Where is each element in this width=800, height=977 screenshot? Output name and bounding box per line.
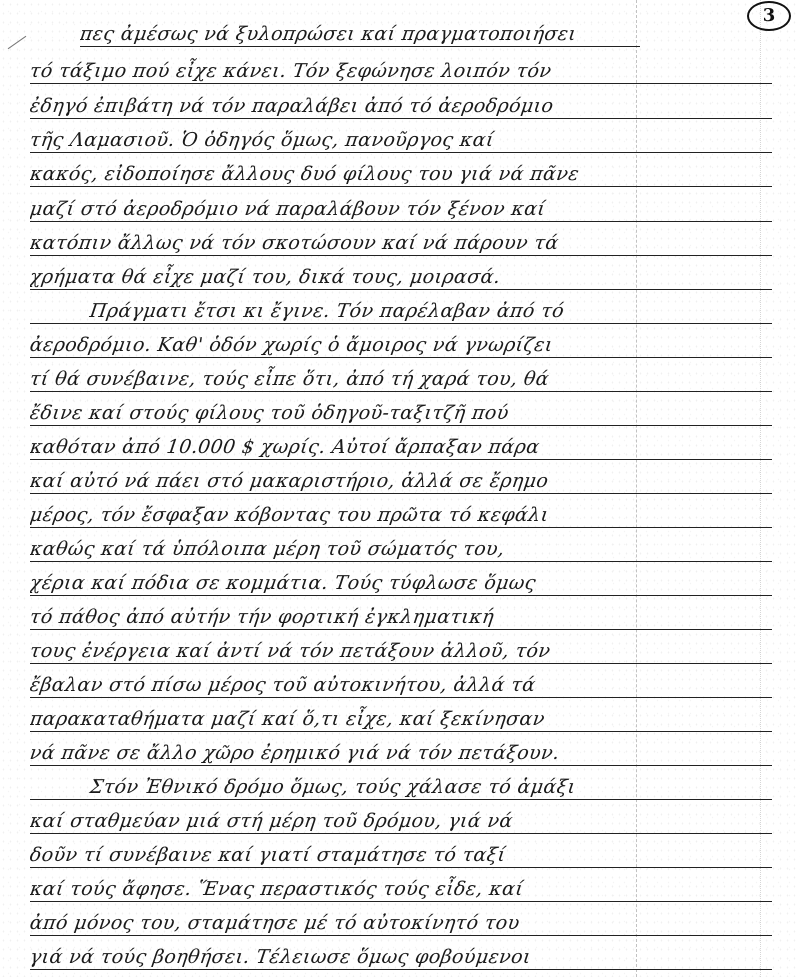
text-line: δοῦν τί συνέβαινε καί γιατί σταμάτησε τό…: [30, 831, 772, 868]
text-line: καθόταν ἀπό 10.000 $ χωρίς. Αὐτοί ἄρπαξα…: [30, 423, 772, 460]
text-line: ἐδηγό ἐπιβάτη νά τόν παραλάβει ἀπό τό ἀε…: [30, 82, 772, 119]
line-text: τό πάθος ἀπό αὐτήν τήν φορτική ἐγκληματι…: [30, 606, 496, 628]
line-text: καί σταθμεύαν μιά στή μέρη τοῦ δρόμου, γ…: [30, 810, 514, 832]
line-text: τους ἐνέργεια καί ἀντί νά τόν πετάξουν ἀ…: [30, 640, 552, 662]
text-line: ἀπό μόνος του, σταμάτησε μέ τό αὐτοκίνητ…: [30, 899, 772, 936]
text-line: χέρια καί πόδια σε κομμάτια. Τούς τύφλωσ…: [30, 559, 772, 596]
text-line: καί αὐτό νά πάει στό μακαριστήριο, ἀλλά …: [30, 457, 772, 494]
text-line: τό τάξιμο πού εἶχε κάνει. Τόν ξεφώνησε λ…: [30, 47, 772, 84]
line-text: τῆς Λαμασιοῦ. Ὁ ὁδηγός ὅμως, πανοῦργος κ…: [30, 129, 495, 151]
line-text: πες ἀμέσως νά ξυλοπρώσει καί πραγματοποι…: [80, 23, 578, 45]
line-text: κακός, εἰδοποίησε ἄλλους δυό φίλους του …: [30, 163, 581, 185]
text-line: Στόν Ἐθνικό δρόμο ὅμως, τούς χάλασε τό ἁ…: [30, 763, 772, 800]
line-text: χρήματα θά εἶχε μαζί του, δικά τους, μοι…: [30, 266, 502, 288]
text-line: μέρος, τόν ἔσφαξαν κόβοντας του πρῶτα τό…: [30, 491, 772, 528]
text-line: Πράγματι ἔτσι κι ἔγινε. Τόν παρέλαβαν ἀπ…: [30, 287, 772, 324]
line-text: χέρια καί πόδια σε κομμάτια. Τούς τύφλωσ…: [30, 572, 537, 594]
text-line: κατόπιν ἄλλως νά τόν σκοτώσουν καί νά πά…: [30, 219, 772, 256]
text-line: πες ἀμέσως νά ξυλοπρώσει καί πραγματοποι…: [80, 10, 640, 47]
line-text: γιά νά τούς βοηθήσει. Τέλειωσε ὅμως φοβο…: [30, 946, 532, 968]
text-line: κακός, εἰδοποίησε ἄλλους δυό φίλους του …: [30, 150, 772, 187]
line-text: ἀπό μόνος του, σταμάτησε μέ τό αὐτοκίνητ…: [30, 912, 521, 934]
text-line: τό πάθος ἀπό αὐτήν τήν φορτική ἐγκληματι…: [30, 593, 772, 630]
line-text: καί αὐτό νά πάει στό μακαριστήριο, ἀλλά …: [30, 470, 550, 492]
handwritten-text-block: πες ἀμέσως νά ξυλοπρώσει καί πραγματοποι…: [0, 0, 800, 977]
text-line: ἔβαλαν στό πίσω μέρος τοῦ αὐτοκινήτου, ἀ…: [30, 661, 772, 698]
line-text: παρακαταθήματα μαζί καί ὅ,τι εἶχε, καί ξ…: [30, 708, 546, 730]
text-line: ἔδινε καί στούς φίλους τοῦ ὁδηγοῦ-ταξιτζ…: [30, 389, 772, 426]
line-text: καί τούς ἄφησε. Ἕνας περαστικός τούς εἶδ…: [30, 878, 525, 900]
line-text: ἔδινε καί στούς φίλους τοῦ ὁδηγοῦ-ταξιτζ…: [30, 402, 510, 424]
text-line: καί τούς ἄφησε. Ἕνας περαστικός τούς εἶδ…: [30, 865, 772, 902]
text-line: ἀεροδρόμιο. Καθ' ὁδόν χωρίς ὁ ἄμοιρος νά…: [30, 321, 772, 358]
text-line: τους ἐνέργεια καί ἀντί νά τόν πετάξουν ἀ…: [30, 627, 772, 664]
text-line: μαζί στό ἀεροδρόμιο νά παραλάβουν τόν ξέ…: [30, 185, 772, 222]
text-line: τί θά συνέβαινε, τούς εἶπε ὅτι, ἀπό τή χ…: [30, 355, 772, 392]
text-line: γιά νά τούς βοηθήσει. Τέλειωσε ὅμως φοβο…: [30, 933, 772, 970]
line-text: ἔβαλαν στό πίσω μέρος τοῦ αὐτοκινήτου, ἀ…: [30, 674, 537, 696]
text-line: καί σταθμεύαν μιά στή μέρη τοῦ δρόμου, γ…: [30, 797, 772, 834]
text-line: καθώς καί τά ὑπόλοιπα μέρη τοῦ σώματός τ…: [30, 525, 772, 562]
text-line: τῆς Λαμασιοῦ. Ὁ ὁδηγός ὅμως, πανοῦργος κ…: [30, 116, 772, 153]
line-text: καθώς καί τά ὑπόλοιπα μέρη τοῦ σώματός τ…: [30, 538, 506, 560]
line-text: νά πᾶνε σε ἄλλο χῶρο ἐρημικό γιά νά τόν …: [30, 742, 561, 764]
line-text: τί θά συνέβαινε, τούς εἶπε ὅτι, ἀπό τή χ…: [30, 368, 551, 390]
line-text: κατόπιν ἄλλως νά τόν σκοτώσουν καί νά πά…: [30, 232, 560, 254]
text-line: παρακαταθήματα μαζί καί ὅ,τι εἶχε, καί ξ…: [30, 695, 772, 732]
line-text: δοῦν τί συνέβαινε καί γιατί σταμάτησε τό…: [30, 844, 507, 866]
line-text: μέρος, τόν ἔσφαξαν κόβοντας του πρῶτα τό…: [30, 504, 550, 526]
line-text: μαζί στό ἀεροδρόμιο νά παραλάβουν τόν ξέ…: [30, 198, 547, 220]
scanned-page: 3 πες ἀμέσως νά ξυλοπρώσει καί πραγματοπ…: [0, 0, 800, 977]
text-line: χρήματα θά εἶχε μαζί του, δικά τους, μοι…: [30, 253, 772, 290]
text-line: νά πᾶνε σε ἄλλο χῶρο ἐρημικό γιά νά τόν …: [30, 729, 772, 766]
line-text: καθόταν ἀπό 10.000 $ χωρίς. Αὐτοί ἄρπαξα…: [30, 436, 541, 458]
line-text: Πράγματι ἔτσι κι ἔγινε. Τόν παρέλαβαν ἀπ…: [30, 300, 566, 322]
line-text: τό τάξιμο πού εἶχε κάνει. Τόν ξεφώνησε λ…: [30, 60, 553, 82]
line-text: Στόν Ἐθνικό δρόμο ὅμως, τούς χάλασε τό ἁ…: [30, 776, 577, 798]
line-text: ἀεροδρόμιο. Καθ' ὁδόν χωρίς ὁ ἄμοιρος νά…: [30, 334, 554, 356]
line-text: ἐδηγό ἐπιβάτη νά τόν παραλάβει ἀπό τό ἀε…: [30, 95, 555, 117]
